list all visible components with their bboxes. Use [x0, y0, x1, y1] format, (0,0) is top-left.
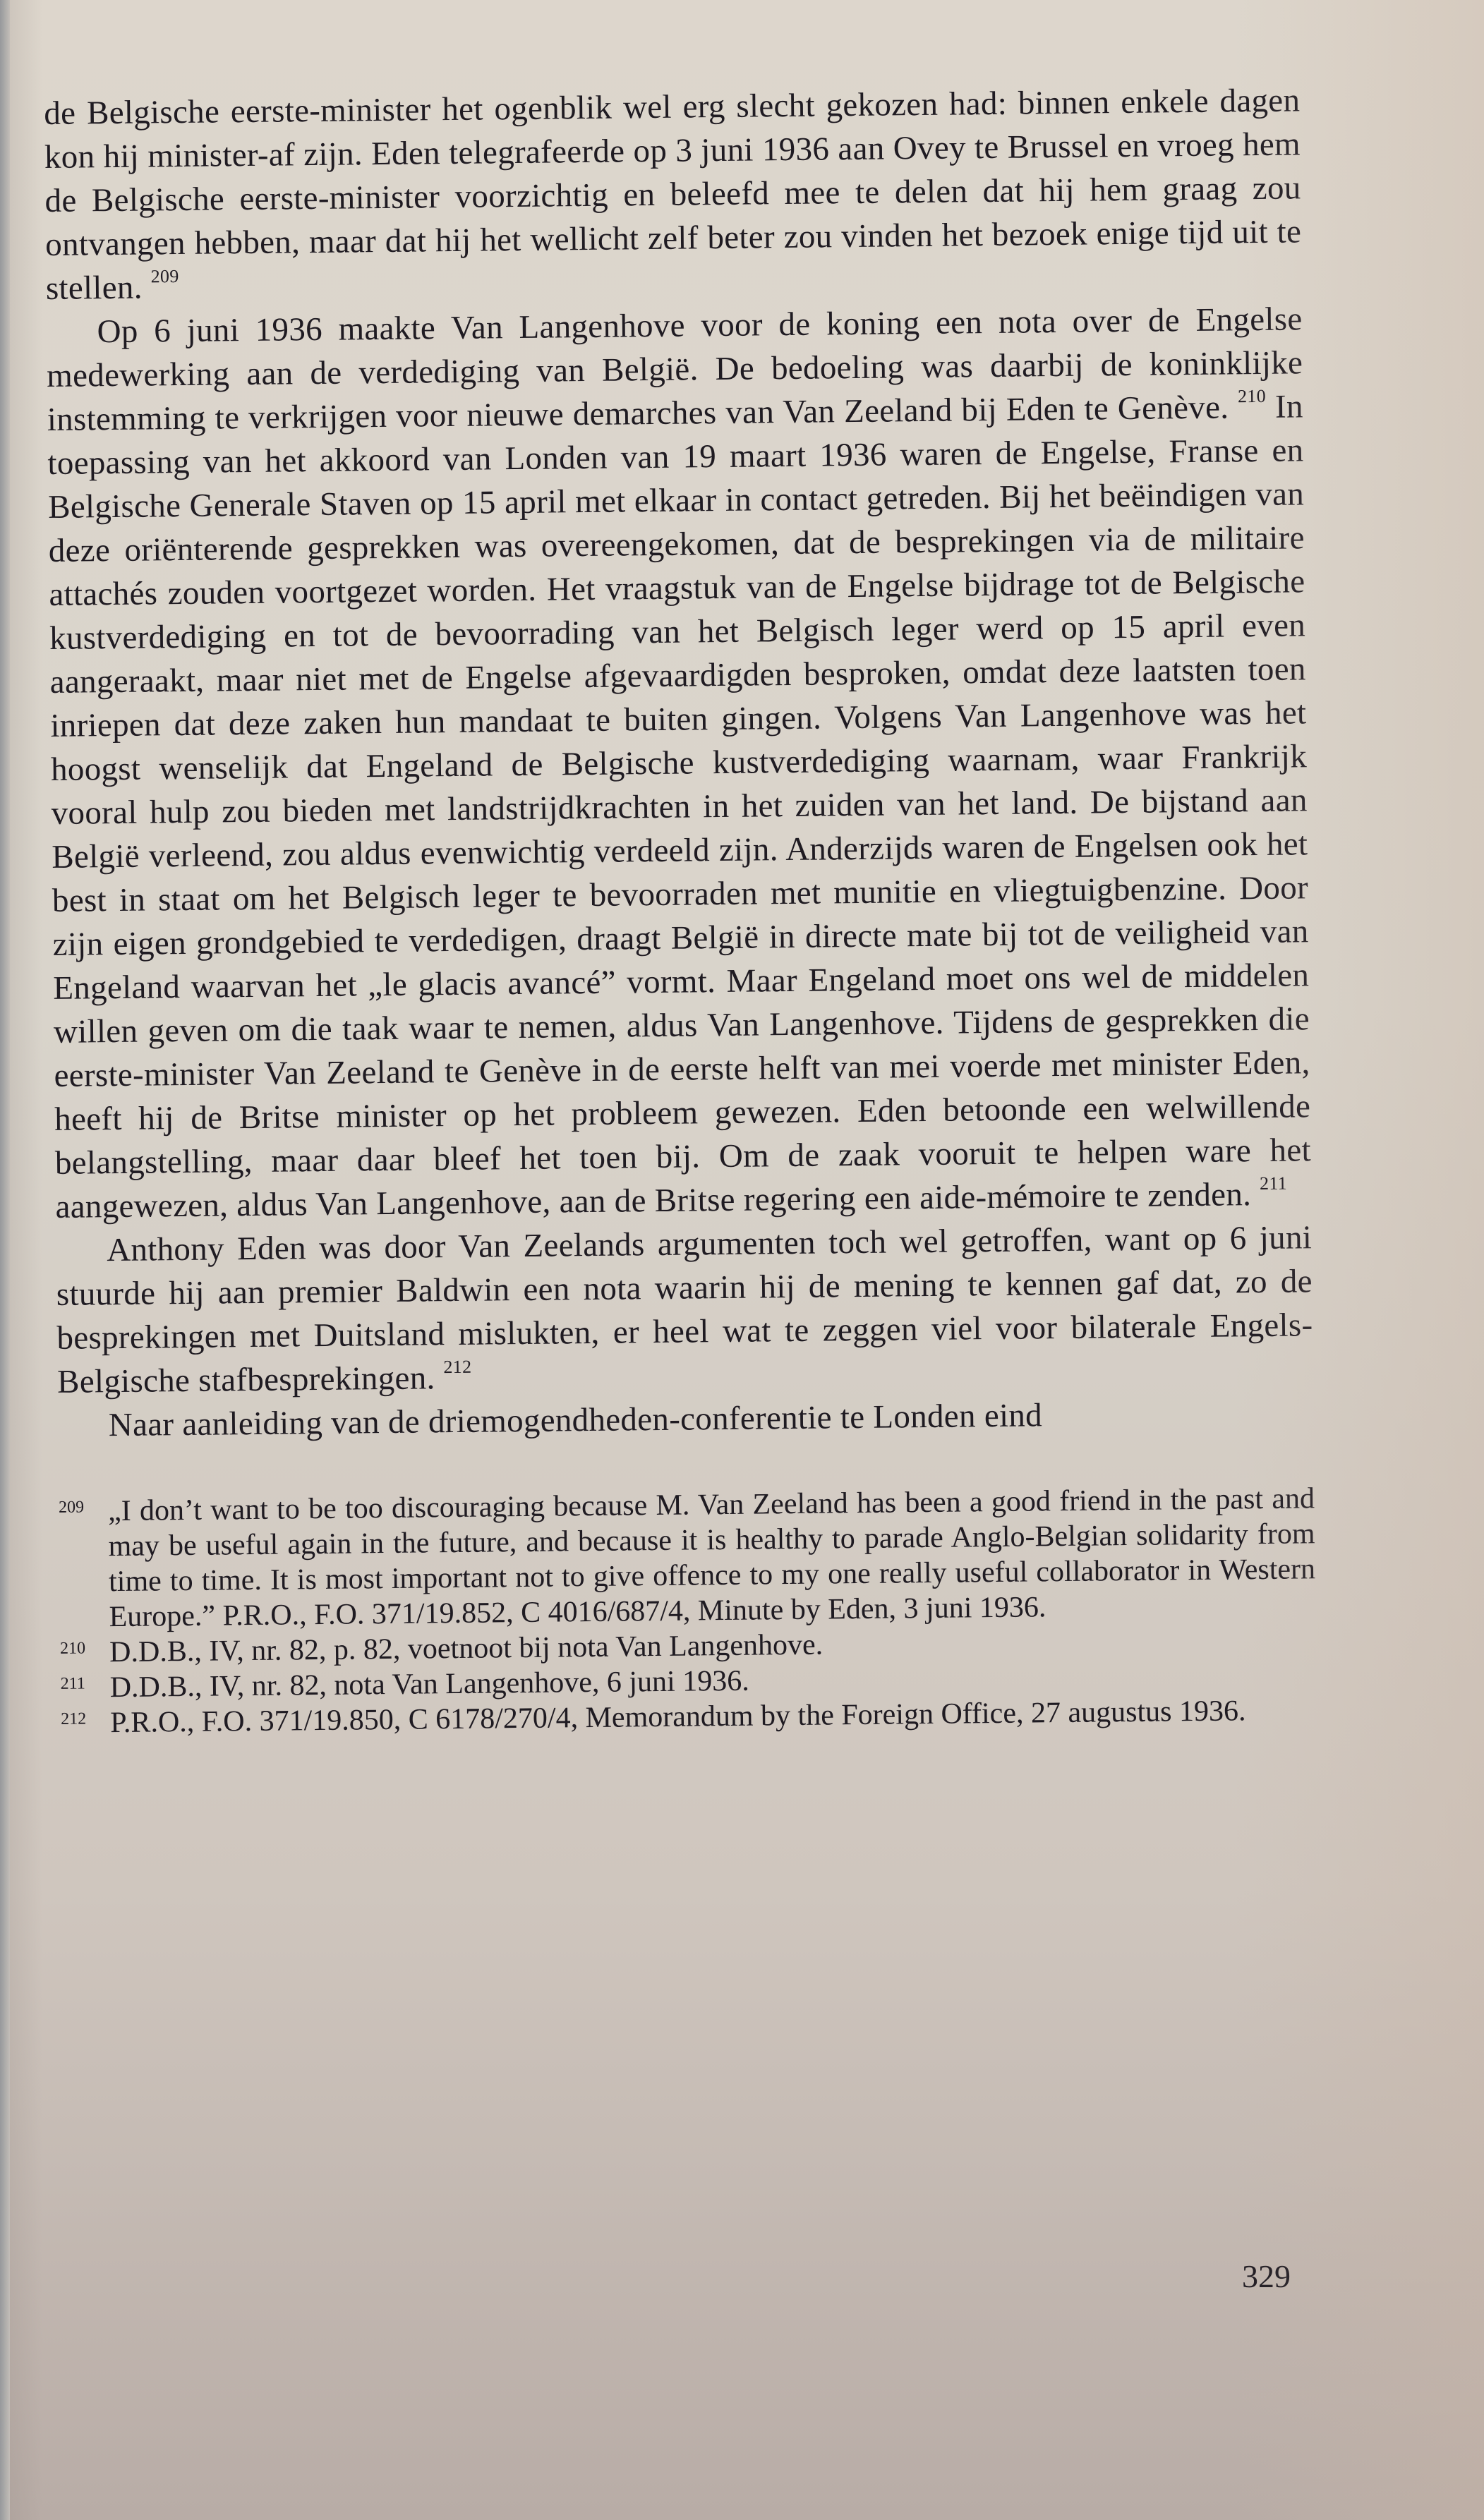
- footnote-text: „I don’t want to be too discouraging bec…: [108, 1481, 1316, 1635]
- footnote-number: 212: [61, 1705, 111, 1741]
- paragraph-1: de Belgische eerste-minister het ogenbli…: [44, 78, 1302, 310]
- paragraph-text: In toepassing van het akkoord van Londen…: [47, 388, 1311, 1225]
- paragraph-3: Anthony Eden was door Van Zeelands argum…: [56, 1216, 1313, 1404]
- footnote-number: 209: [59, 1494, 109, 1635]
- footnote-number: 210: [60, 1635, 110, 1671]
- paragraph-text: Op 6 juni 1936 maakte Van Langenhove voo…: [47, 301, 1303, 438]
- footnote-ref-210[interactable]: 210: [1238, 386, 1266, 406]
- footnotes-section: 209 „I don’t want to be too discouraging…: [59, 1481, 1317, 1741]
- paragraph-text: Naar aanleiding van de driemogendheden-c…: [109, 1397, 1043, 1443]
- paragraph-text: de Belgische eerste-minister het ogenbli…: [44, 82, 1301, 307]
- paragraph-text: Anthony Eden was door Van Zeelands argum…: [56, 1219, 1313, 1400]
- footnote-number: 211: [60, 1670, 110, 1706]
- footnote-ref-212[interactable]: 212: [443, 1357, 471, 1377]
- body-text: de Belgische eerste-minister het ogenbli…: [44, 78, 1314, 1448]
- paragraph-2: Op 6 juni 1936 maakte Van Langenhove voo…: [46, 297, 1312, 1229]
- page-number: 329: [1242, 2258, 1291, 2295]
- book-spine-edge: [0, 0, 10, 2520]
- footnote-ref-209[interactable]: 209: [151, 266, 179, 286]
- page-text-block: de Belgische eerste-minister het ogenbli…: [44, 78, 1317, 1741]
- footnote-209: 209 „I don’t want to be too discouraging…: [59, 1481, 1316, 1635]
- footnote-ref-211[interactable]: 211: [1260, 1173, 1287, 1194]
